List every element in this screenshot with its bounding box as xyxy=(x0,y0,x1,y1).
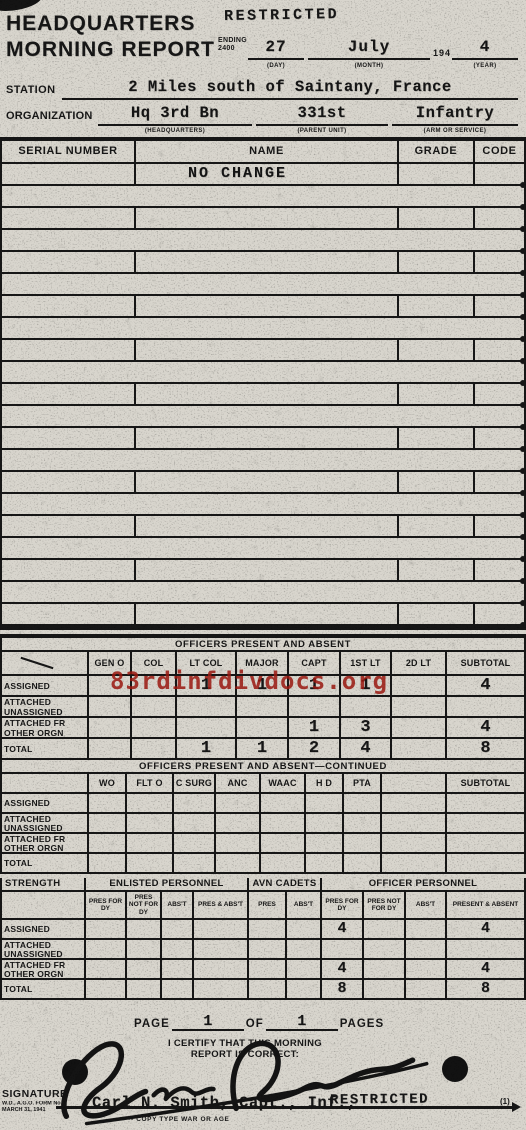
restricted-note: (1) xyxy=(500,1097,510,1106)
officers-continued-column-header: WO xyxy=(87,774,125,792)
count-cell xyxy=(259,834,304,852)
grade-cell xyxy=(397,582,473,602)
strength-cell xyxy=(160,940,192,958)
name-cell xyxy=(134,340,397,360)
officer-count-cell: 2 xyxy=(287,739,339,758)
officer-count-cell xyxy=(390,676,445,695)
serial-number-cell xyxy=(2,296,134,316)
strength-column-header: ABS'T xyxy=(404,892,445,918)
strength-column-header: ABS'T xyxy=(285,892,320,918)
strength-row-label: ATTACHED UNASSIGNED xyxy=(2,940,84,958)
count-cell xyxy=(304,794,342,812)
serial-number-cell xyxy=(2,208,134,228)
grade-cell xyxy=(397,340,473,360)
roster-row xyxy=(2,560,524,582)
name-cell xyxy=(134,252,397,272)
month-sublabel: (MONTH) xyxy=(308,63,430,69)
officer-count-cell xyxy=(87,718,130,737)
officer-count-cell xyxy=(175,718,235,737)
name-cell xyxy=(134,406,397,426)
officers-continued-column-header: C SURG xyxy=(172,774,214,792)
strength-cell xyxy=(404,980,445,998)
roster-row xyxy=(2,230,524,252)
officers-continued-row-cells xyxy=(87,834,524,852)
strength-column-header: PRES xyxy=(247,892,285,918)
strength-cell xyxy=(362,980,404,998)
officer-count-cell xyxy=(235,697,287,716)
strength-row-label: ASSIGNED xyxy=(2,920,84,938)
strength-cell xyxy=(160,980,192,998)
name-cell xyxy=(134,208,397,228)
officers-present-absent-table: OFFICERS PRESENT AND ABSENT GEN OCOLLT C… xyxy=(0,634,526,760)
strength-cell xyxy=(125,920,160,938)
serial-number-cell xyxy=(2,494,134,514)
strength-group-header-row: STRENGTH ENLISTED PERSONNEL AVN CADETS O… xyxy=(2,878,524,892)
grade-cell xyxy=(397,230,473,250)
strength-total-cell: 4 xyxy=(445,920,524,938)
org-unit-field: Hq 3rd Bn xyxy=(98,104,252,126)
strength-corner-cell xyxy=(2,892,84,918)
serial-number-cell xyxy=(2,252,134,272)
name-cell xyxy=(134,362,397,382)
officer-count-cell: 1 xyxy=(235,739,287,758)
count-cell xyxy=(214,814,259,832)
roster-row xyxy=(2,296,524,318)
page-label: PAGE xyxy=(132,1018,172,1031)
roster-row xyxy=(2,538,524,560)
column-header-grade: GRADE xyxy=(397,141,473,162)
code-cell xyxy=(473,582,524,602)
strength-column-header: PRES NOT FOR DY xyxy=(125,892,160,918)
strength-row: TOTAL 8 8 xyxy=(2,980,524,1000)
officer-count-cell xyxy=(130,697,175,716)
count-cell xyxy=(342,794,380,812)
roster-row xyxy=(2,340,524,362)
officers-row-cells xyxy=(87,697,524,716)
roster-row xyxy=(2,472,524,494)
roster-header-row: SERIAL NUMBER NAME GRADE CODE xyxy=(2,141,524,164)
day-value: 27 xyxy=(265,38,286,56)
grade-cell xyxy=(397,384,473,404)
strength-cell xyxy=(84,980,125,998)
officers-table-title: OFFICERS PRESENT AND ABSENT xyxy=(2,638,524,652)
officers-row-label: ATTACHED UNASSIGNED xyxy=(2,697,87,716)
officers-continued-row: TOTAL xyxy=(2,854,524,874)
officers-continued-column-header: ANC xyxy=(214,774,259,792)
date-day-field: 27 xyxy=(248,38,304,60)
column-header-serial-number: SERIAL NUMBER xyxy=(2,141,134,162)
officers-row-label: TOTAL xyxy=(2,739,87,758)
name-cell xyxy=(134,560,397,580)
strength-column-header: ABS'T xyxy=(160,892,192,918)
count-cell xyxy=(380,814,445,832)
officer-count-cell xyxy=(339,697,390,716)
count-cell xyxy=(380,834,445,852)
count-cell xyxy=(172,814,214,832)
strength-cell: 4 xyxy=(320,960,362,978)
grade-cell xyxy=(397,164,473,184)
officers-continued-header-row: WOFLT OC SURGANCWAACH DPTASUBTOTAL xyxy=(2,774,524,794)
grade-cell xyxy=(397,296,473,316)
subtotal-cell xyxy=(445,794,524,812)
officers-row-label: ASSIGNED xyxy=(2,676,87,695)
officer-subtotal-cell xyxy=(445,697,524,716)
strength-cell xyxy=(285,920,320,938)
strength-column-headers: PRES FOR DYPRES NOT FOR DYABS'TPRES & AB… xyxy=(84,892,524,918)
name-cell xyxy=(134,494,397,514)
code-cell xyxy=(473,494,524,514)
officer-count-cell xyxy=(87,739,130,758)
code-cell xyxy=(473,274,524,294)
strength-row-label: ATTACHED FR OTHER ORGN xyxy=(2,960,84,978)
ending-2400-label: ENDING 2400 xyxy=(218,37,247,52)
officer-count-cell xyxy=(390,718,445,737)
serial-number-cell xyxy=(2,428,134,448)
code-cell xyxy=(473,362,524,382)
roster-row xyxy=(2,186,524,208)
org-unit-value: Hq 3rd Bn xyxy=(131,104,219,122)
count-cell xyxy=(172,794,214,812)
roster-row xyxy=(2,318,524,340)
name-cell xyxy=(134,428,397,448)
form-title-line1: HEADQUARTERS xyxy=(6,12,195,36)
officers-continued-row-label: ASSIGNED xyxy=(2,794,87,812)
roster-row xyxy=(2,252,524,274)
count-cell xyxy=(87,794,125,812)
serial-number-cell xyxy=(2,164,134,184)
ending-word: ENDING xyxy=(218,37,247,45)
officers-continued-row-label: ATTACHED FR OTHER ORGN xyxy=(2,834,87,852)
code-cell xyxy=(473,252,524,272)
officer-count-cell xyxy=(235,718,287,737)
officer-count-cell: 4 xyxy=(339,739,390,758)
name-cell xyxy=(134,538,397,558)
count-cell xyxy=(87,834,125,852)
officer-count-cell xyxy=(130,718,175,737)
strength-cell xyxy=(84,920,125,938)
strength-cell xyxy=(125,940,160,958)
code-cell xyxy=(473,230,524,250)
roster-row xyxy=(2,406,524,428)
code-cell xyxy=(473,604,524,624)
officers-continued-row: ASSIGNED xyxy=(2,794,524,814)
serial-number-cell xyxy=(2,230,134,250)
code-cell xyxy=(473,516,524,536)
officers-row-cells: 1 3 4 xyxy=(87,718,524,737)
officers-continued-row: ATTACHED FR OTHER ORGN xyxy=(2,834,524,854)
name-cell xyxy=(134,472,397,492)
form-title-line2: MORNING REPORT xyxy=(6,38,215,62)
roster-row xyxy=(2,604,524,626)
count-cell xyxy=(304,854,342,872)
officer-count-cell: 1 xyxy=(175,739,235,758)
org-arm-sublabel: (ARM OR SERVICE) xyxy=(392,128,518,134)
strength-cell xyxy=(285,960,320,978)
roster-row xyxy=(2,208,524,230)
month-value: July xyxy=(348,38,390,56)
strength-cell xyxy=(404,940,445,958)
officers-row: ATTACHED FR OTHER ORGN 1 3 4 xyxy=(2,718,524,739)
strength-cell xyxy=(285,980,320,998)
count-cell xyxy=(304,814,342,832)
officers-continued-row-label: ATTACHED UNASSIGNED xyxy=(2,814,87,832)
website-watermark: 83rdinfdivdocs.org xyxy=(110,667,388,695)
count-cell xyxy=(342,814,380,832)
grade-cell xyxy=(397,538,473,558)
strength-total-cell xyxy=(445,940,524,958)
count-cell xyxy=(125,814,172,832)
date-year-field: 4 xyxy=(452,38,518,60)
roster-row xyxy=(2,582,524,604)
signature-ink xyxy=(34,1023,457,1128)
officers-continued-body: ASSIGNED ATTACHED UNASSIGN xyxy=(2,794,524,874)
grade-cell xyxy=(397,318,473,338)
strength-cell xyxy=(404,920,445,938)
name-cell xyxy=(134,450,397,470)
officer-subtotal-cell: 4 xyxy=(445,718,524,737)
code-cell xyxy=(473,450,524,470)
name-cell xyxy=(134,230,397,250)
officers-column-header: 2D LT xyxy=(390,652,445,674)
year-value: 4 xyxy=(480,38,491,56)
station-label: STATION xyxy=(6,84,55,96)
roster-row xyxy=(2,274,524,296)
officers-continued-column-headers: WOFLT OC SURGANCWAACH DPTASUBTOTAL xyxy=(87,774,524,792)
subtotal-cell xyxy=(445,854,524,872)
strength-cell xyxy=(320,940,362,958)
strength-column-header: PRES & ABS'T xyxy=(192,892,247,918)
strength-row-cells: 8 8 xyxy=(84,980,524,998)
ending-time: 2400 xyxy=(218,45,247,53)
officers-continued-row: ATTACHED UNASSIGNED xyxy=(2,814,524,834)
strength-cell xyxy=(362,920,404,938)
strength-table: STRENGTH ENLISTED PERSONNEL AVN CADETS O… xyxy=(0,878,526,1000)
officers-continued-row-label: TOTAL xyxy=(2,854,87,872)
grade-cell xyxy=(397,560,473,580)
serial-number-cell xyxy=(2,340,134,360)
officers-continued-title: OFFICERS PRESENT AND ABSENT—CONTINUED xyxy=(2,760,524,774)
officers-continued-table: OFFICERS PRESENT AND ABSENT—CONTINUED WO… xyxy=(0,760,526,874)
officer-subtotal-cell: 4 xyxy=(445,676,524,695)
roster-row xyxy=(2,450,524,472)
roster-table: SERIAL NUMBER NAME GRADE CODE NO CHANGE xyxy=(0,137,526,630)
serial-number-cell xyxy=(2,538,134,558)
count-cell xyxy=(380,854,445,872)
org-arm-field: Infantry xyxy=(392,104,518,126)
grade-cell xyxy=(397,406,473,426)
code-cell xyxy=(473,428,524,448)
year-sublabel: (YEAR) xyxy=(452,63,518,69)
name-cell xyxy=(134,582,397,602)
officers-column-header: SUBTOTAL xyxy=(445,652,524,674)
code-cell xyxy=(473,384,524,404)
grade-cell xyxy=(397,450,473,470)
officer-count-cell xyxy=(175,697,235,716)
officers-continued-column-header: WAAC xyxy=(259,774,304,792)
day-sublabel: (DAY) xyxy=(248,63,304,69)
station-value: 2 Miles south of Saintany, France xyxy=(128,78,451,96)
strength-cell xyxy=(404,960,445,978)
count-cell xyxy=(214,854,259,872)
strength-cell xyxy=(192,940,247,958)
grade-cell xyxy=(397,494,473,514)
count-cell xyxy=(172,854,214,872)
serial-number-cell xyxy=(2,186,134,206)
officers-continued-row-cells xyxy=(87,814,524,832)
strength-column-header: PRES NOT FOR DY xyxy=(362,892,404,918)
strength-cell xyxy=(84,940,125,958)
serial-number-cell xyxy=(2,560,134,580)
officers-continued-column-header: PTA xyxy=(342,774,380,792)
organization-label: ORGANIZATION xyxy=(6,110,93,122)
serial-number-cell xyxy=(2,516,134,536)
group-header-avn-cadets: AVN CADETS xyxy=(247,878,320,890)
grade-cell xyxy=(397,516,473,536)
strength-cell xyxy=(160,960,192,978)
grade-cell xyxy=(397,274,473,294)
strength-cell xyxy=(247,960,285,978)
grade-cell xyxy=(397,428,473,448)
strength-row: ASSIGNED 4 4 xyxy=(2,920,524,940)
grade-cell xyxy=(397,604,473,624)
officer-count-cell xyxy=(130,739,175,758)
group-header-officer: OFFICER PERSONNEL xyxy=(320,878,524,890)
year-prefix: 194 xyxy=(433,48,451,58)
code-cell xyxy=(473,164,524,184)
org-parent-field: 331st xyxy=(256,104,388,126)
roster-row xyxy=(2,428,524,450)
officer-count-cell: 1 xyxy=(287,718,339,737)
strength-row: ATTACHED UNASSIGNED xyxy=(2,940,524,960)
code-cell xyxy=(473,538,524,558)
strength-cell: 4 xyxy=(320,920,362,938)
officer-count-cell xyxy=(287,697,339,716)
strength-cell xyxy=(192,960,247,978)
strength-total-cell: 8 xyxy=(445,980,524,998)
name-cell xyxy=(134,318,397,338)
page-number-field: 1 xyxy=(172,1014,244,1031)
org-parent-sublabel: (PARENT UNIT) xyxy=(256,128,388,134)
strength-cell xyxy=(247,920,285,938)
strength-row: ATTACHED FR OTHER ORGN 4 4 xyxy=(2,960,524,980)
serial-number-cell xyxy=(2,604,134,624)
officers-continued-row-cells xyxy=(87,794,524,812)
restricted-stamp-top: RESTRICTED xyxy=(224,6,339,25)
officers-row-label: ATTACHED FR OTHER ORGN xyxy=(2,718,87,737)
count-cell xyxy=(87,814,125,832)
roster-row: NO CHANGE xyxy=(2,164,524,186)
code-cell xyxy=(473,406,524,426)
strength-cell xyxy=(125,980,160,998)
date-month-field: July xyxy=(308,38,430,60)
name-cell xyxy=(134,186,397,206)
count-cell xyxy=(87,854,125,872)
strength-cell xyxy=(160,920,192,938)
count-cell xyxy=(214,834,259,852)
officers-continued-column-header: SUBTOTAL xyxy=(445,774,524,792)
subtotal-cell xyxy=(445,834,524,852)
roster-row xyxy=(2,516,524,538)
name-cell: NO CHANGE xyxy=(134,164,397,184)
officers-continued-column-header xyxy=(380,774,445,792)
strength-row-cells: 4 4 xyxy=(84,920,524,938)
serial-number-cell xyxy=(2,582,134,602)
org-unit-sublabel: (HEADQUARTERS) xyxy=(98,128,252,134)
morning-report-scan: HEADQUARTERS MORNING REPORT RESTRICTED E… xyxy=(0,0,526,1130)
name-cell xyxy=(134,516,397,536)
strength-cell xyxy=(84,960,125,978)
serial-number-cell xyxy=(2,450,134,470)
org-arm-value: Infantry xyxy=(416,104,494,122)
count-cell xyxy=(214,794,259,812)
officers-continued-corner-cell xyxy=(2,774,87,792)
column-header-name: NAME xyxy=(134,141,397,162)
strength-subheader-row: PRES FOR DYPRES NOT FOR DYABS'TPRES & AB… xyxy=(2,892,524,920)
count-cell xyxy=(259,814,304,832)
column-header-code: CODE xyxy=(473,141,524,162)
strength-cell xyxy=(247,940,285,958)
strength-cell xyxy=(285,940,320,958)
officers-row: ATTACHED UNASSIGNED xyxy=(2,697,524,718)
org-parent-value: 331st xyxy=(297,104,346,122)
strength-cell xyxy=(192,920,247,938)
grade-cell xyxy=(397,252,473,272)
strength-row-cells xyxy=(84,940,524,958)
serial-number-cell xyxy=(2,318,134,338)
grade-cell xyxy=(397,208,473,228)
count-cell xyxy=(172,834,214,852)
officer-count-cell xyxy=(87,697,130,716)
strength-column-header: PRES FOR DY xyxy=(84,892,125,918)
strength-body: ASSIGNED 4 4 AT xyxy=(2,920,524,1000)
serial-number-cell xyxy=(2,384,134,404)
strength-cell xyxy=(247,980,285,998)
count-cell xyxy=(125,794,172,812)
count-cell xyxy=(304,834,342,852)
count-cell xyxy=(259,854,304,872)
name-cell xyxy=(134,274,397,294)
officers-corner-cell xyxy=(2,652,87,674)
count-cell xyxy=(342,854,380,872)
strength-cell xyxy=(362,960,404,978)
subtotal-cell xyxy=(445,814,524,832)
station-field: 2 Miles south of Saintany, France xyxy=(62,78,518,100)
officers-row-cells: 1 1 2 4 8 xyxy=(87,739,524,758)
strength-total-cell: 4 xyxy=(445,960,524,978)
count-cell xyxy=(125,854,172,872)
strength-title: STRENGTH xyxy=(2,878,84,890)
strength-row-label: TOTAL xyxy=(2,980,84,998)
count-cell xyxy=(342,834,380,852)
count-cell xyxy=(380,794,445,812)
officer-count-cell: 3 xyxy=(339,718,390,737)
roster-bottom-rule xyxy=(2,626,524,630)
count-cell xyxy=(125,834,172,852)
officers-continued-column-header: H D xyxy=(304,774,342,792)
strength-column-header: PRESENT & ABSENT xyxy=(445,892,524,918)
roster-row xyxy=(2,384,524,406)
serial-number-cell xyxy=(2,406,134,426)
strength-cell: 8 xyxy=(320,980,362,998)
grade-cell xyxy=(397,186,473,206)
officers-continued-row-cells xyxy=(87,854,524,872)
code-cell xyxy=(473,296,524,316)
name-cell xyxy=(134,384,397,404)
officer-subtotal-cell: 8 xyxy=(445,739,524,758)
serial-number-cell xyxy=(2,472,134,492)
serial-number-cell xyxy=(2,274,134,294)
officers-continued-column-header: FLT O xyxy=(125,774,172,792)
